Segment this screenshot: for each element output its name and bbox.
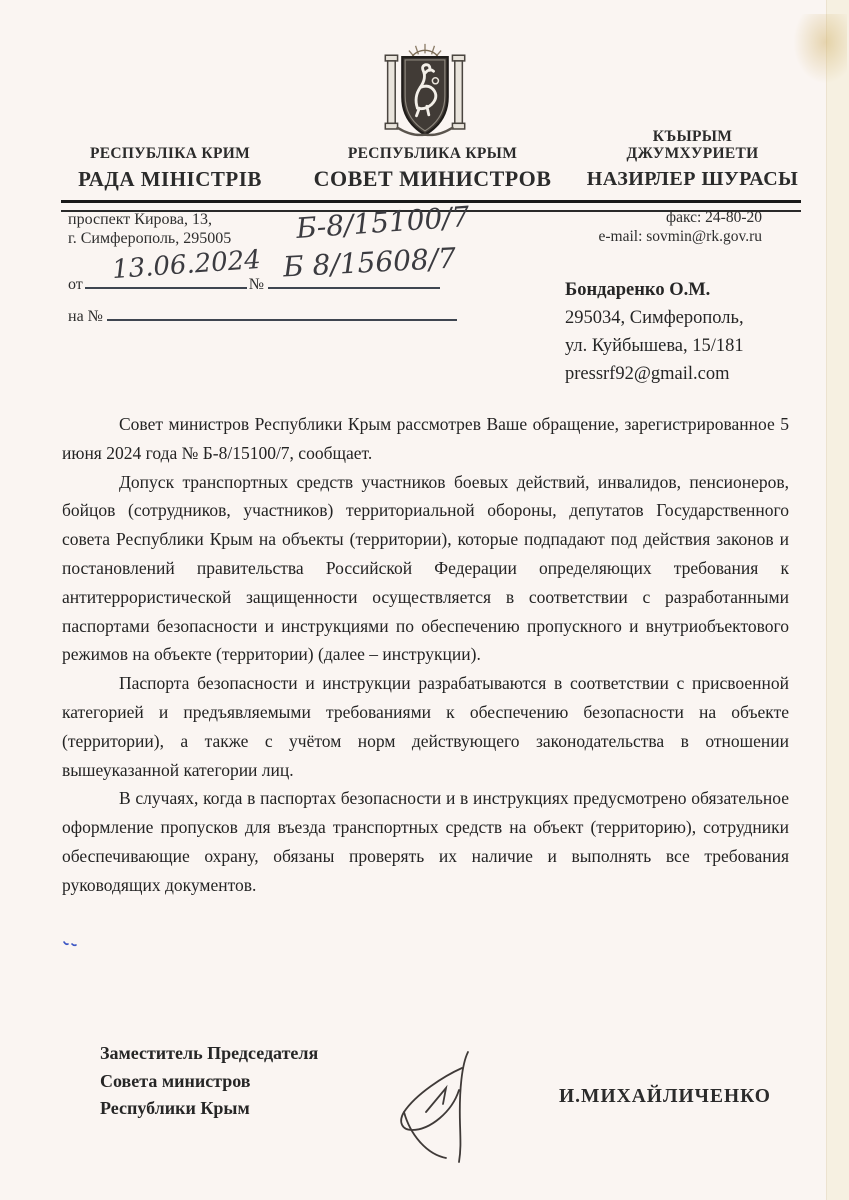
on-number-label: на № bbox=[68, 308, 103, 325]
letterhead-ru-line2: СОВЕТ МИНИСТРОВ bbox=[283, 166, 583, 192]
scan-artifact-blotch bbox=[793, 14, 847, 84]
sender-email: e-mail: sovmin@rk.gov.ru bbox=[480, 228, 762, 247]
recipient-street: ул. Куйбышева, 15/181 bbox=[565, 332, 744, 360]
letterhead-crimean-tatar: КЪЫРЫМ ДЖУМХУРИЕТИ НАЗИРЛЕР ШУРАСЫ bbox=[585, 128, 800, 192]
letterhead-crh-line2: ДЖУМХУРИЕТИ bbox=[585, 145, 800, 162]
body-paragraph-1: Совет министров Республики Крым рассмотр… bbox=[62, 410, 789, 468]
letterhead-russian: РЕСПУБЛИКА КРЫМ СОВЕТ МИНИСТРОВ bbox=[283, 145, 583, 192]
letterhead-ru-line1: РЕСПУБЛИКА КРЫМ bbox=[283, 145, 583, 162]
letterhead-crh-line1: КЪЫРЫМ bbox=[585, 128, 800, 145]
on-number-underline-field bbox=[107, 319, 457, 321]
body-paragraph-4: В случаях, когда в паспортах безопасност… bbox=[62, 784, 789, 899]
letterhead-ukrainian: РЕСПУБЛІКА КРИМ РАДА МІНІСТРІВ bbox=[60, 145, 280, 192]
reference-on-number-line: на № bbox=[68, 308, 457, 326]
sender-address: проспект Кирова, 13, г. Симферополь, 295… bbox=[68, 211, 231, 248]
signer-name: И.МИХАЙЛИЧЕНКО bbox=[559, 1086, 771, 1108]
signer-position-line3: Республики Крым bbox=[100, 1095, 318, 1123]
recipient-block: Бондаренко О.М. 295034, Симферополь, ул.… bbox=[565, 276, 744, 388]
sender-address-line2: г. Симферополь, 295005 bbox=[68, 230, 231, 249]
scan-edge-strip bbox=[826, 0, 849, 1200]
sender-fax: факс: 24-80-20 bbox=[480, 209, 762, 228]
recipient-postcode-city: 295034, Симферополь, bbox=[565, 304, 744, 332]
letterhead-uk-line2: РАДА МІНІСТРІВ bbox=[60, 166, 280, 192]
scanned-letter-page: РЕСПУБЛІКА КРИМ РАДА МІНІСТРІВ РЕСПУБЛИК… bbox=[0, 0, 849, 1200]
signer-position: Заместитель Председателя Совета министро… bbox=[100, 1040, 318, 1123]
margin-pen-mark bbox=[62, 936, 82, 948]
recipient-name: Бондаренко О.М. bbox=[565, 276, 744, 304]
sender-address-line1: проспект Кирова, 13, bbox=[68, 211, 231, 230]
reference-from-line: от№ bbox=[68, 276, 440, 294]
date-underline-field bbox=[85, 287, 247, 289]
sender-contacts: факс: 24-80-20 e-mail: sovmin@rk.gov.ru bbox=[480, 209, 762, 246]
from-label: от bbox=[68, 276, 83, 293]
letterhead: РЕСПУБЛІКА КРИМ РАДА МІНІСТРІВ РЕСПУБЛИК… bbox=[60, 128, 800, 192]
signer-position-line1: Заместитель Председателя bbox=[100, 1040, 318, 1068]
letter-body: Совет министров Республики Крым рассмотр… bbox=[62, 410, 789, 900]
number-label: № bbox=[249, 276, 264, 293]
letterhead-crh-line3: НАЗИРЛЕР ШУРАСЫ bbox=[585, 166, 800, 192]
body-paragraph-3: Паспорта безопасности и инструкции разра… bbox=[62, 669, 789, 784]
body-paragraph-2: Допуск транспортных средств участников б… bbox=[62, 468, 789, 670]
letterhead-uk-line1: РЕСПУБЛІКА КРИМ bbox=[60, 145, 280, 162]
number-underline-field bbox=[268, 287, 440, 289]
handwritten-signature bbox=[396, 1050, 498, 1168]
signer-position-line2: Совета министров bbox=[100, 1068, 318, 1096]
recipient-email: pressrf92@gmail.com bbox=[565, 360, 744, 388]
